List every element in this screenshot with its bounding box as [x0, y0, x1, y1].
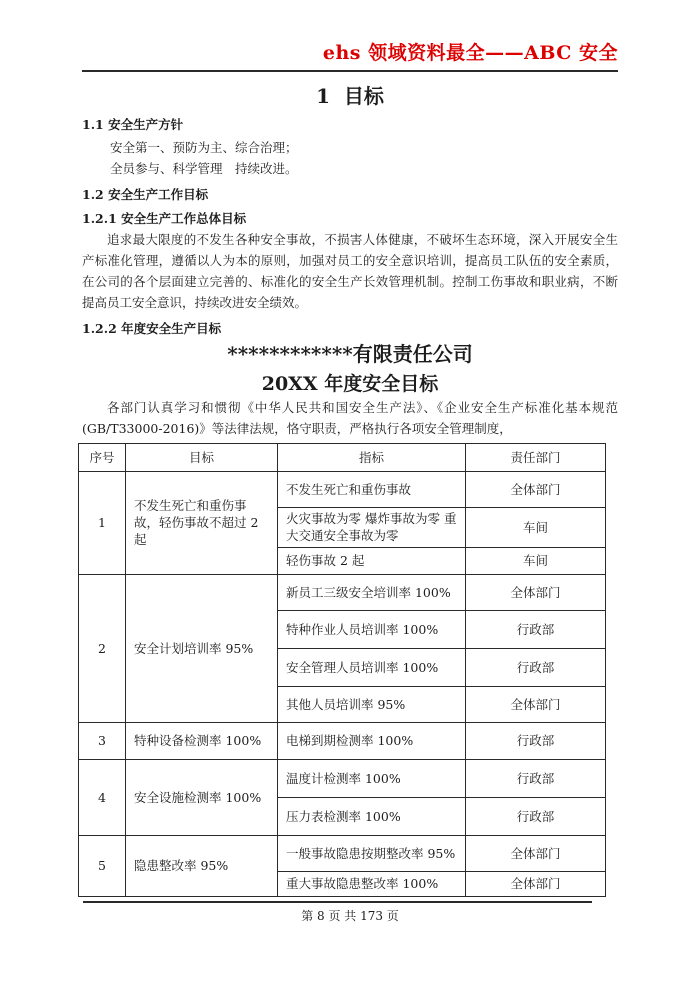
- col-header-serial: 序号: [79, 443, 126, 471]
- indicator-cell: 其他人员培训率 95%: [278, 686, 466, 722]
- indicator-cell: 特种作业人员培训率 100%: [278, 610, 466, 648]
- indicator-cell: 火灾事故为零 爆炸事故为零 重大交通安全事故为零: [278, 507, 466, 547]
- serial-cell: 3: [79, 722, 126, 759]
- indicator-cell: 不发生死亡和重伤事故: [278, 471, 466, 507]
- goal-cell: 安全设施检测率 100%: [126, 759, 278, 835]
- goal-cell: 安全计划培训率 95%: [126, 574, 278, 722]
- dept-cell: 行政部: [466, 797, 606, 835]
- table-row: 3 特种设备检测率 100% 电梯到期检测率 100% 行政部: [79, 722, 606, 759]
- dept-cell: 全体部门: [466, 686, 606, 722]
- dept-cell: 车间: [466, 507, 606, 547]
- goals-table: 序号 目标 指标 责任部门 1 不发生死亡和重伤事故，轻伤事故不超过 2 起 不…: [78, 443, 606, 897]
- table-row: 1 不发生死亡和重伤事故，轻伤事故不超过 2 起 不发生死亡和重伤事故 全体部门: [79, 471, 606, 507]
- indicator-cell: 重大事故隐患整改率 100%: [278, 871, 466, 896]
- doc-subtitle: 20XX 年度安全目标: [82, 373, 618, 395]
- indicator-cell: 电梯到期检测率 100%: [278, 722, 466, 759]
- table-header-row: 序号 目标 指标 责任部门: [79, 443, 606, 471]
- safety-policy-lines: 安全第一、预防为主、综合治理； 全员参与、科学管理 持续改进。: [82, 137, 618, 179]
- header-brand-text: ehs 领域资料最全——ABC 安全: [82, 42, 618, 65]
- indicator-cell: 一般事故隐患按期整改率 95%: [278, 835, 466, 871]
- document-page: ehs 领域资料最全——ABC 安全 1 目标 1.1 安全生产方针 安全第一、…: [0, 0, 700, 990]
- dept-cell: 全体部门: [466, 835, 606, 871]
- dept-cell: 全体部门: [466, 471, 606, 507]
- indicator-cell: 轻伤事故 2 起: [278, 547, 466, 574]
- col-header-dept: 责任部门: [466, 443, 606, 471]
- col-header-indicator: 指标: [278, 443, 466, 471]
- dept-cell: 行政部: [466, 648, 606, 686]
- overall-goal-paragraph: 追求最大限度的不发生各种安全事故，不损害人体健康，不破坏生态环境，深入开展安全生…: [82, 229, 618, 313]
- dept-cell: 全体部门: [466, 871, 606, 896]
- serial-cell: 2: [79, 574, 126, 722]
- indicator-cell: 温度计检测率 100%: [278, 759, 466, 797]
- serial-cell: 5: [79, 835, 126, 896]
- dept-cell: 行政部: [466, 722, 606, 759]
- dept-cell: 行政部: [466, 610, 606, 648]
- page-footer: 第 8 页 共 173 页: [0, 901, 700, 924]
- goal-cell: 隐患整改率 95%: [126, 835, 278, 896]
- footer-rule: [83, 901, 592, 903]
- table-row: 2 安全计划培训率 95% 新员工三级安全培训率 100% 全体部门: [79, 574, 606, 610]
- indicator-cell: 压力表检测率 100%: [278, 797, 466, 835]
- page-number: 第 8 页 共 173 页: [0, 907, 700, 924]
- table-row: 5 隐患整改率 95% 一般事故隐患按期整改率 95% 全体部门: [79, 835, 606, 871]
- goal-cell: 不发生死亡和重伤事故，轻伤事故不超过 2 起: [126, 471, 278, 574]
- heading-1-2: 1.2 安全生产工作目标: [82, 187, 618, 203]
- header-rule: [82, 70, 618, 72]
- indicator-cell: 安全管理人员培训率 100%: [278, 648, 466, 686]
- serial-cell: 4: [79, 759, 126, 835]
- company-name: ************有限责任公司: [82, 343, 618, 365]
- dept-cell: 全体部门: [466, 574, 606, 610]
- col-header-goal: 目标: [126, 443, 278, 471]
- serial-cell: 1: [79, 471, 126, 574]
- goal-cell: 特种设备检测率 100%: [126, 722, 278, 759]
- heading-1-2-1: 1.2.1 安全生产工作总体目标: [82, 211, 618, 227]
- intro-paragraph: 各部门认真学习和惯彻《中华人民共和国安全生产法》、《企业安全生产标准化基本规范(…: [82, 397, 618, 439]
- page-title: 1 目标: [82, 80, 618, 109]
- indicator-cell: 新员工三级安全培训率 100%: [278, 574, 466, 610]
- heading-1-1: 1.1 安全生产方针: [82, 117, 618, 133]
- dept-cell: 行政部: [466, 759, 606, 797]
- dept-cell: 车间: [466, 547, 606, 574]
- table-row: 4 安全设施检测率 100% 温度计检测率 100% 行政部: [79, 759, 606, 797]
- heading-1-2-2: 1.2.2 年度安全生产目标: [82, 321, 618, 337]
